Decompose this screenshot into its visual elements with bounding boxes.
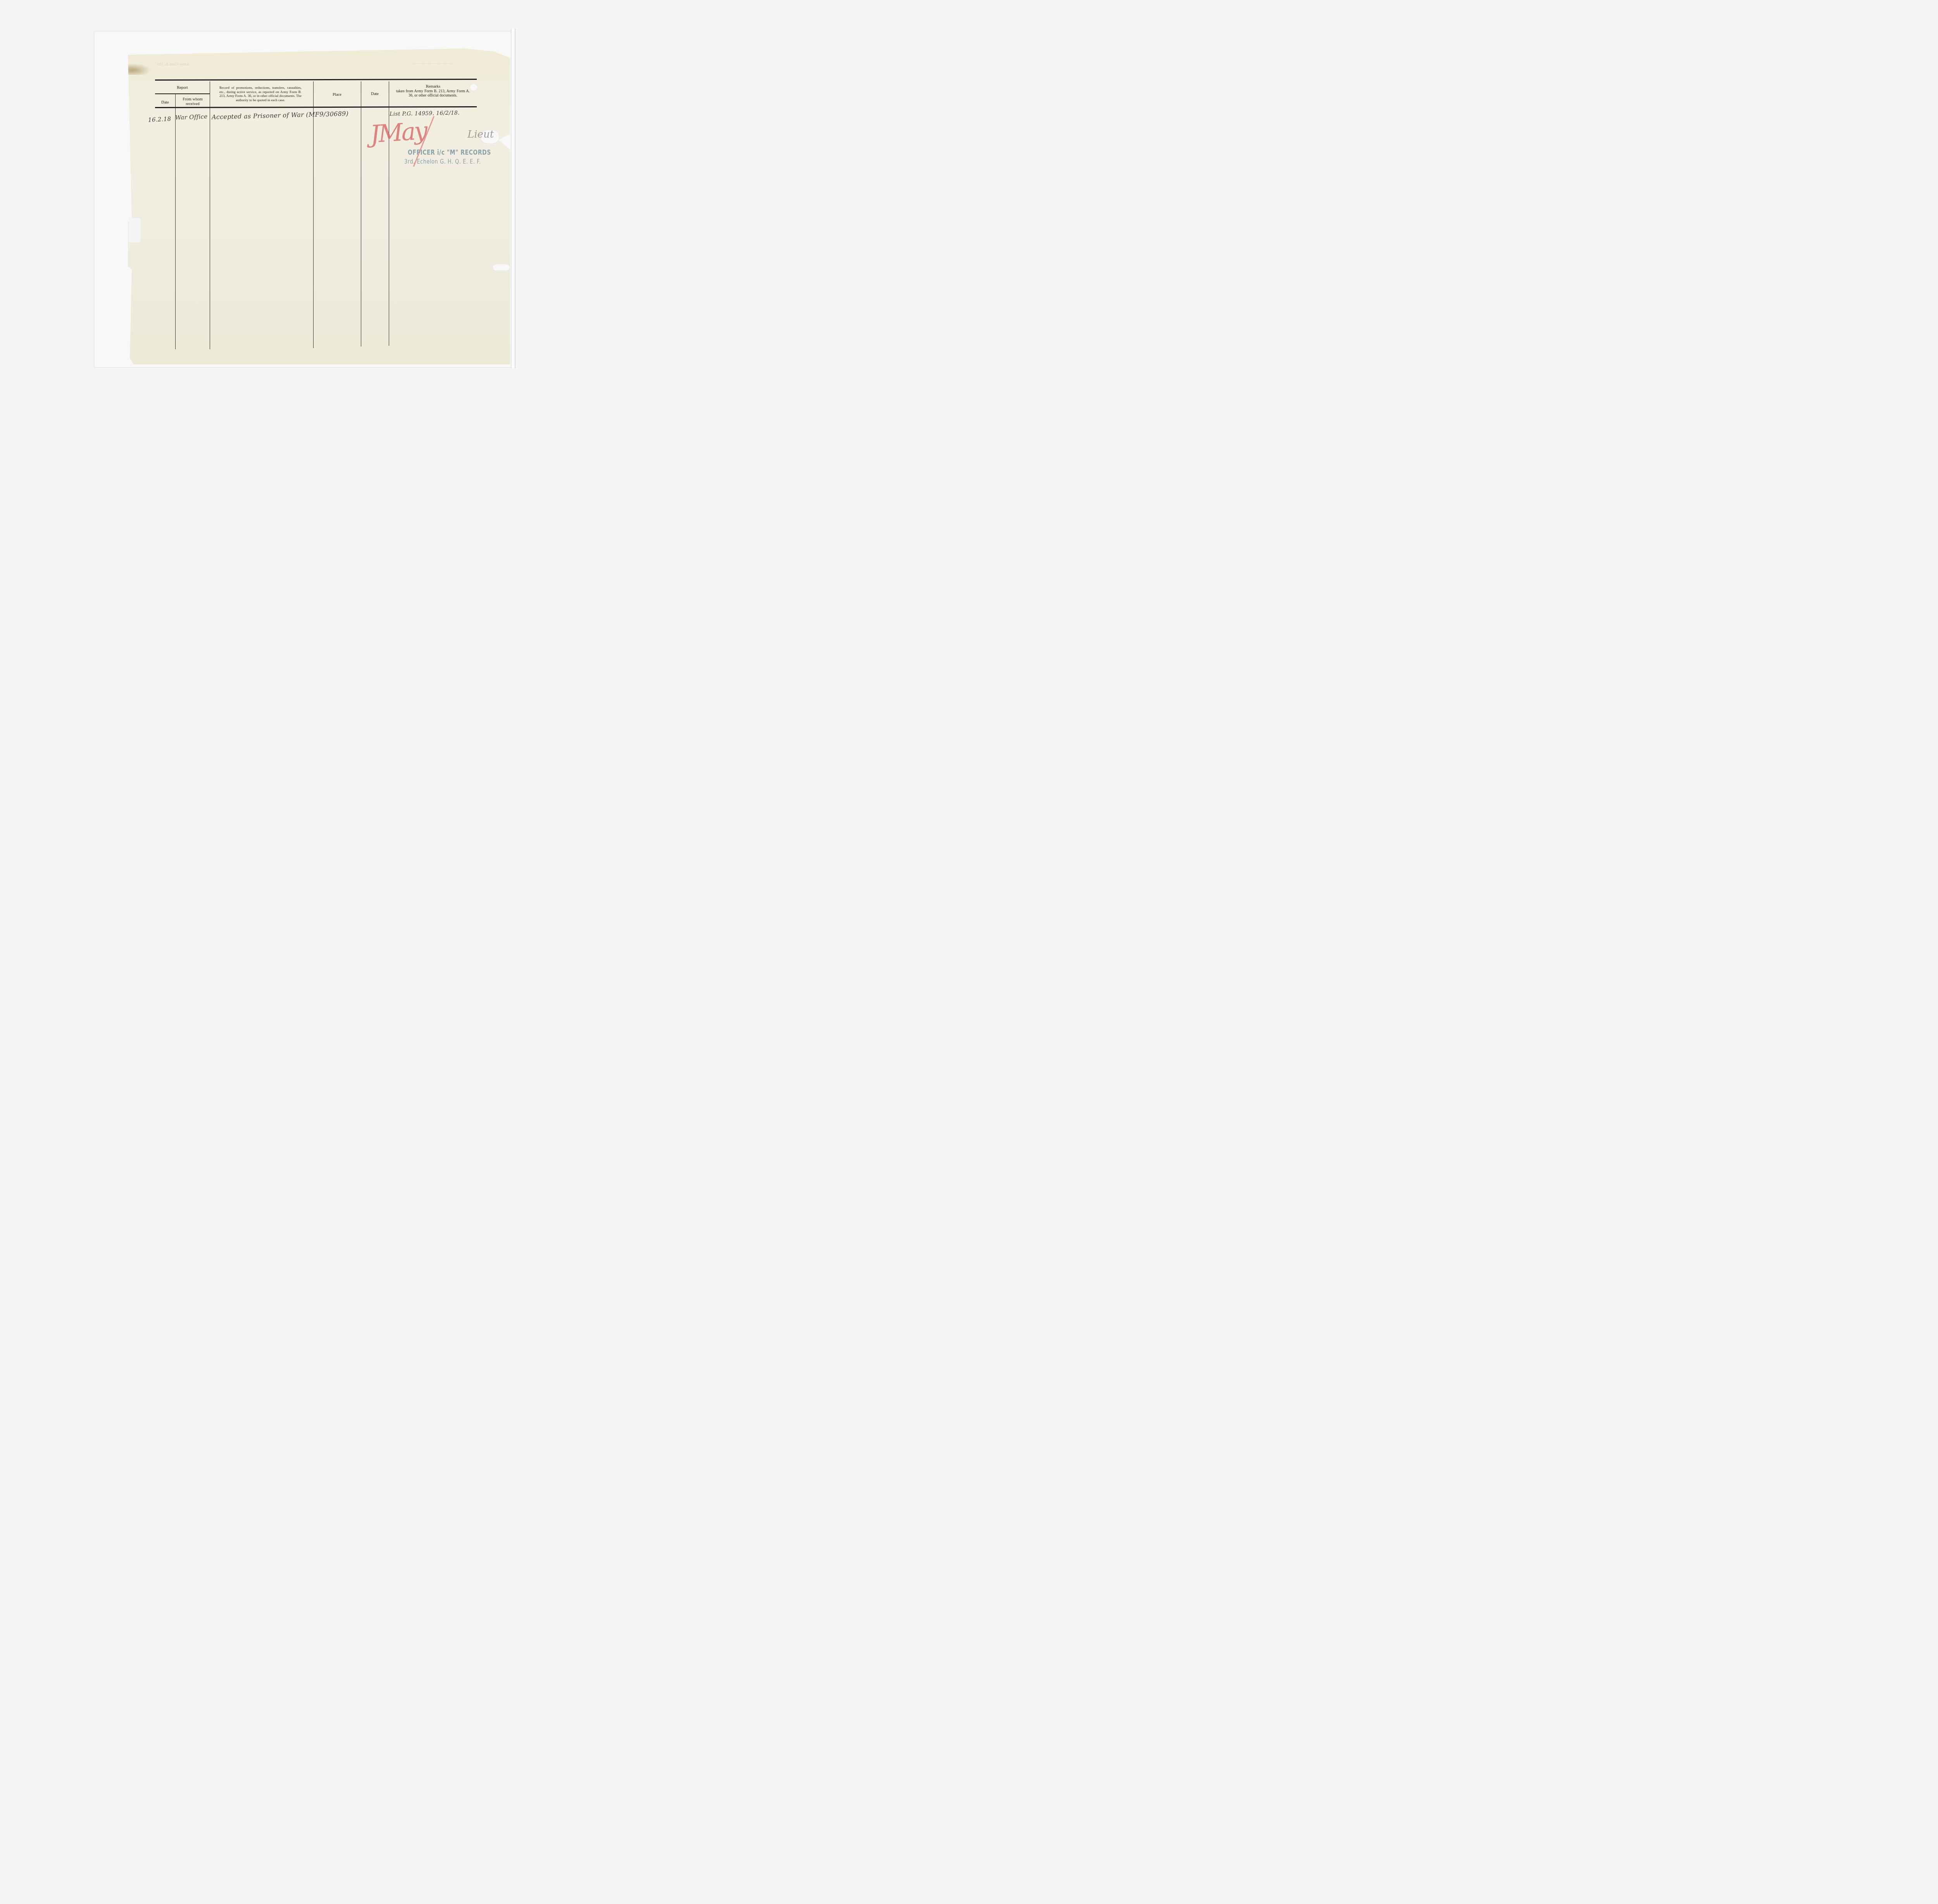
column-divider — [175, 94, 176, 349]
header-remarks-title: Remarks — [395, 85, 471, 89]
sleeve-edge — [511, 29, 516, 368]
signature-rank-pencil: Lieut — [467, 129, 494, 140]
header-remarks-sub: taken from Army Form B. 213, Army Form A… — [396, 89, 470, 98]
header-record: Record of promotions, reductions, transf… — [219, 86, 302, 102]
stamp-line-2: 3rd. Echelon G. H. Q. E. E. F. — [404, 159, 481, 166]
punch-hole-icon — [470, 83, 478, 91]
column-divider — [313, 81, 314, 348]
column-divider — [361, 81, 361, 347]
row-date: 16.2.18 — [148, 115, 171, 123]
stamp-line-1: OFFICER i/c "M" RECORDS — [408, 149, 491, 157]
row-from-whom: War Office — [175, 113, 208, 121]
torn-slot-icon — [492, 264, 510, 271]
header-date-2: Date — [361, 92, 389, 97]
header-place: Place — [313, 93, 361, 97]
bleed-through-text: — — — — — — — — — [411, 61, 452, 66]
paper-notch — [129, 218, 140, 242]
column-divider — [210, 81, 210, 349]
report-subheader-rule — [155, 93, 210, 94]
signature-initials-red: JMay — [369, 116, 427, 148]
header-date: Date — [155, 100, 175, 105]
header-report: Report — [155, 86, 210, 90]
header-from-whom: From whom received — [177, 97, 209, 107]
bleed-through-text: Army Form B. 103 — [157, 62, 190, 67]
